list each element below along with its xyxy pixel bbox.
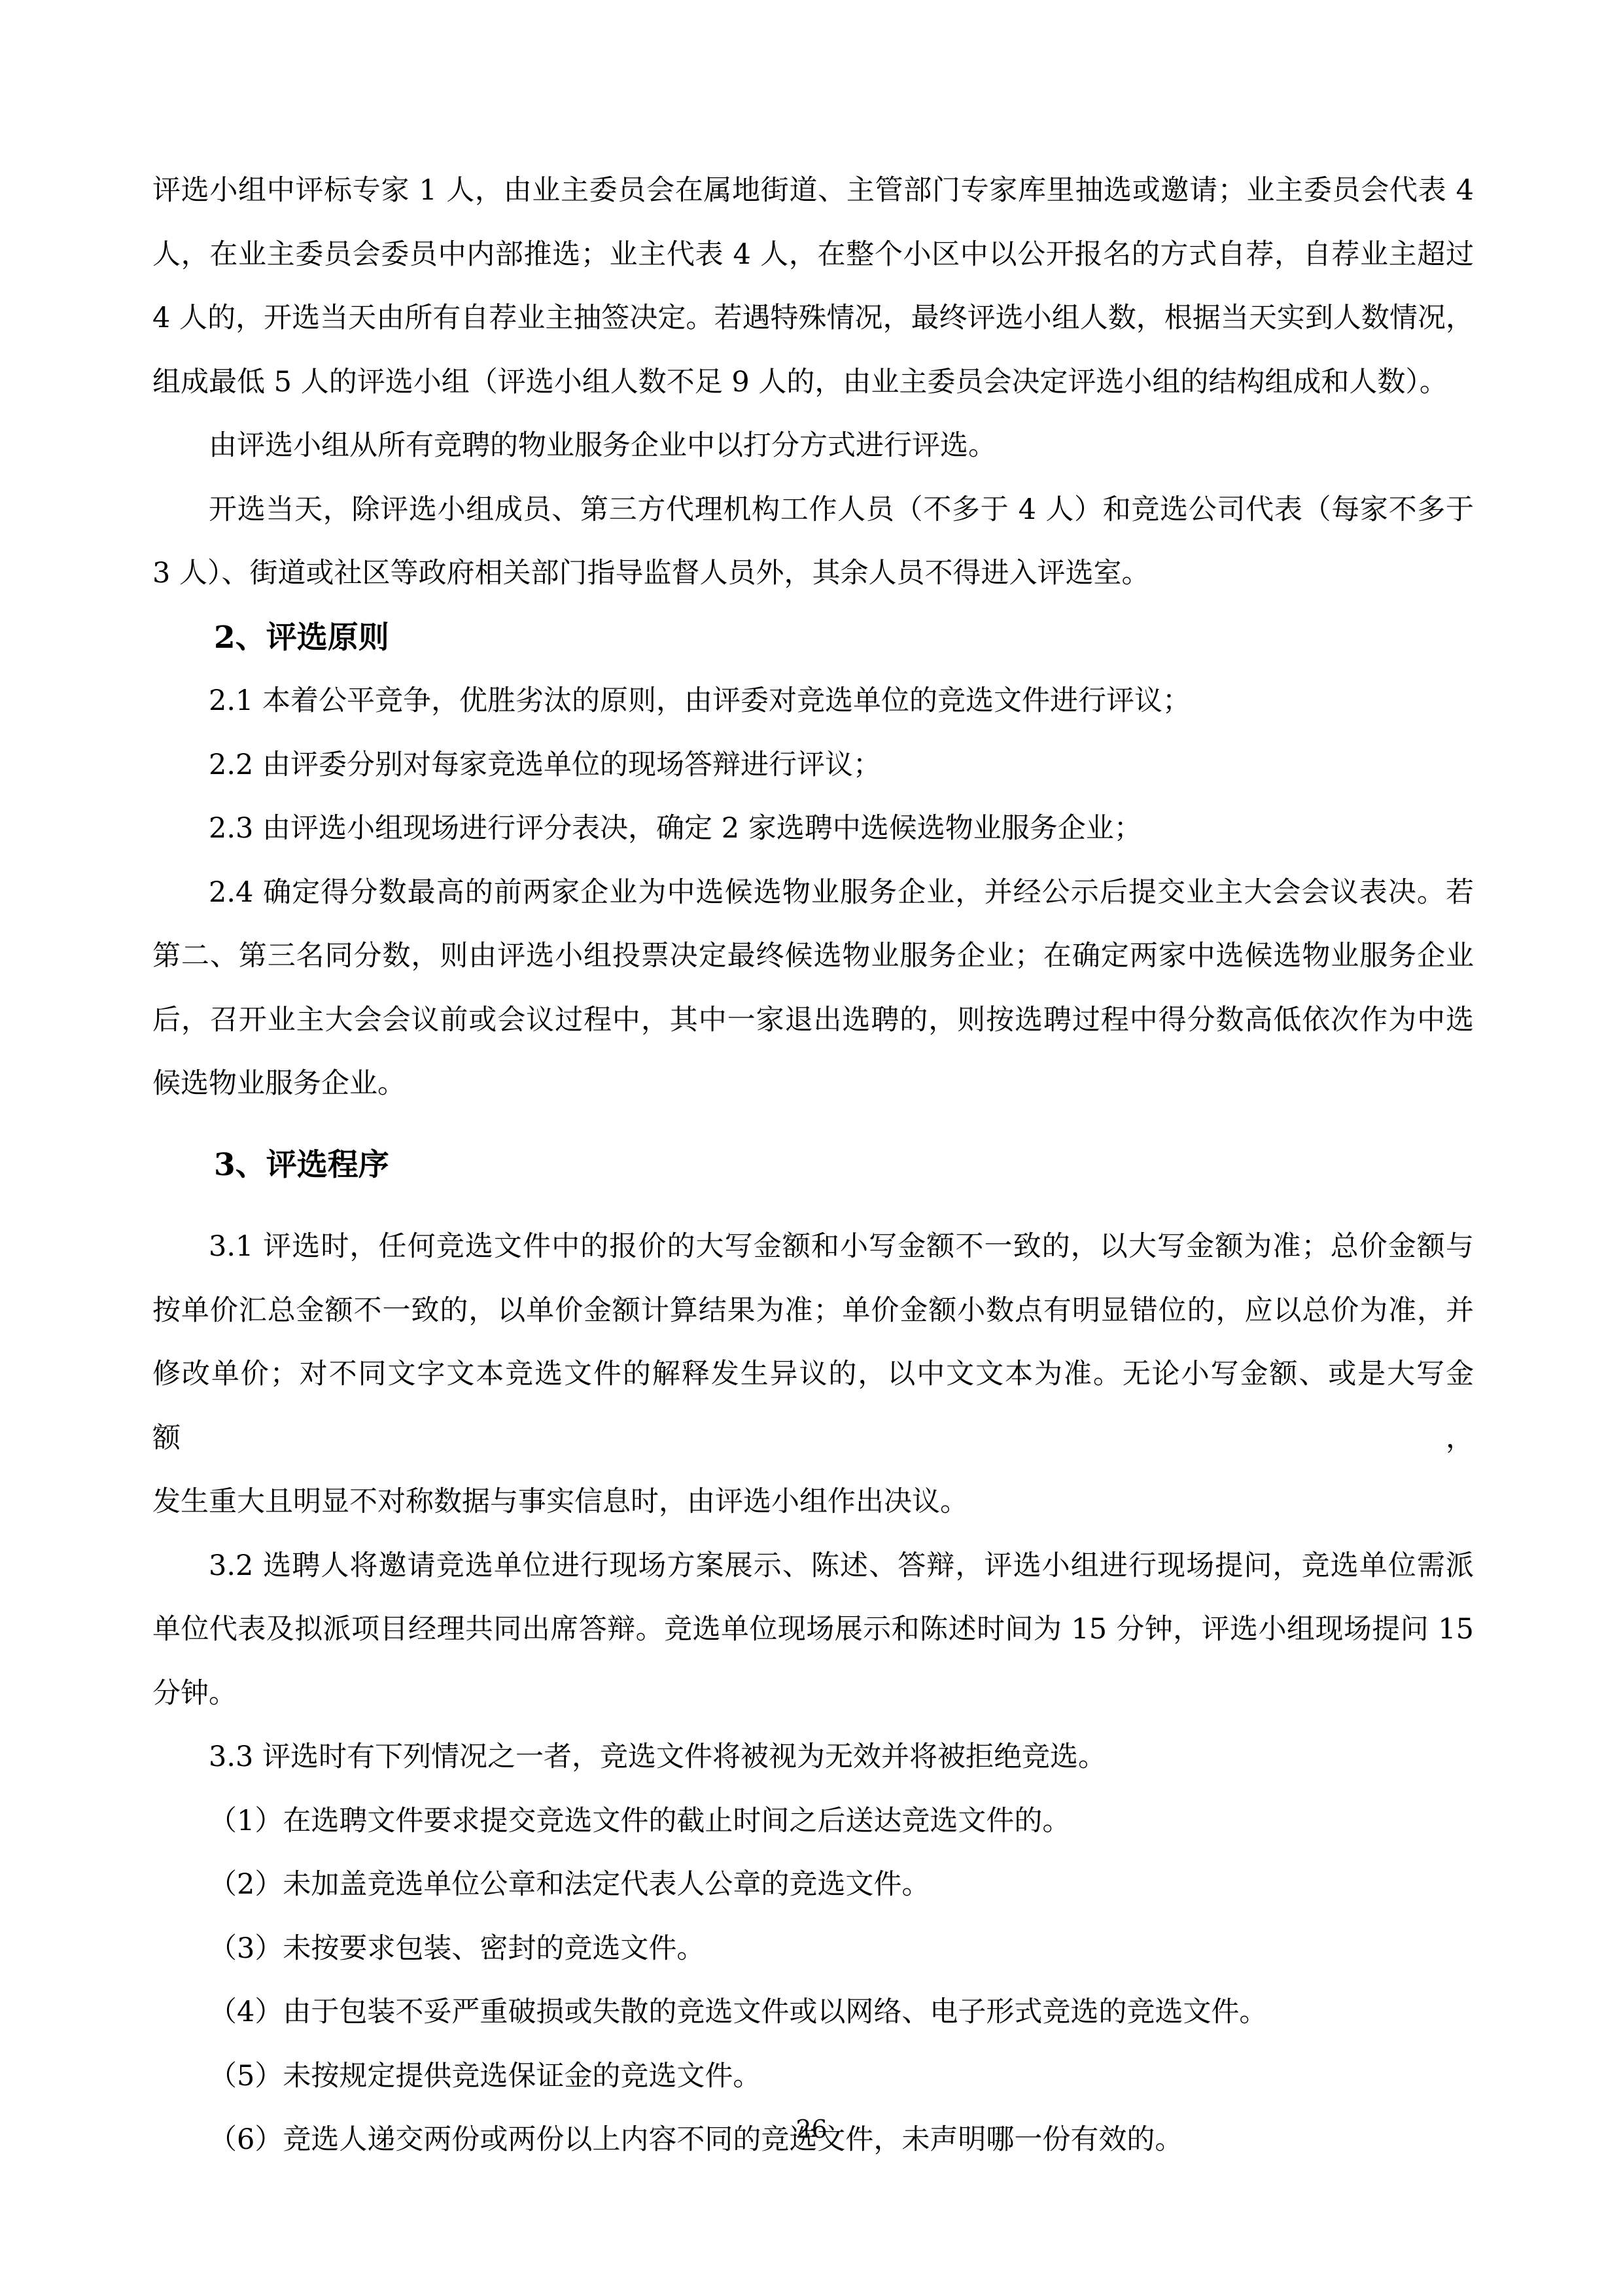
list-item-line: （1）在选聘文件要求提交竞选文件的截止时间之后送达竞选文件的。 [152,1790,1474,1854]
body-line: 单位代表及拟派项目经理共同出席答辩。竞选单位现场展示和陈述时间为 15 分钟，评… [152,1598,1474,1662]
body-line: 由评选小组从所有竞聘的物业服务企业中以打分方式进行评选。 [152,414,1474,478]
list-item-line: （2）未加盖竞选单位公章和法定代表人公章的竞选文件。 [152,1853,1474,1917]
body-line: 3 人）、街道或社区等政府相关部门指导监督人员外，其余人员不得进入评选室。 [152,542,1474,606]
body-line: 人，在业主委员会委员中内部推选；业主代表 4 人，在整个小区中以公开报名的方式自… [152,223,1474,287]
body-line: 修改单价；对不同文字文本竞选文件的解释发生异议的，以中文文本为准。无论小写金额、… [152,1343,1474,1470]
section-heading-3: 3、评选程序 [152,1133,1474,1197]
body-line: 发生重大且明显不对称数据与事实信息时，由评选小组作出决议。 [152,1470,1474,1534]
section-heading-2: 2、评选原则 [152,606,1474,670]
document-page: 评选小组中评标专家 1 人，由业主委员会在属地街道、主管部门专家库里抽选或邀请；… [0,0,1623,2296]
body-line: 3.3 评选时有下列情况之一者，竞选文件将被视为无效并将被拒绝竞选。 [152,1725,1474,1790]
document-body: 评选小组中评标专家 1 人，由业主委员会在属地街道、主管部门专家库里抽选或邀请；… [152,159,1474,2172]
body-line: 2.1 本着公平竞争，优胜劣汰的原则，由评委对竞选单位的竞选文件进行评议； [152,669,1474,733]
list-item-line: （5）未按规定提供竞选保证金的竞选文件。 [152,2045,1474,2109]
body-line: 评选小组中评标专家 1 人，由业主委员会在属地街道、主管部门专家库里抽选或邀请；… [152,159,1474,223]
body-line: 2.3 由评选小组现场进行评分表决，确定 2 家选聘中选候选物业服务企业； [152,797,1474,861]
body-line: 2.2 由评委分别对每家竞选单位的现场答辩进行评议； [152,733,1474,798]
body-line: 按单价汇总金额不一致的，以单价金额计算结果为准；单价金额小数点有明显错位的，应以… [152,1279,1474,1343]
body-line: 后，召开业主大会会议前或会议过程中，其中一家退出选聘的，则按选聘过程中得分数高低… [152,989,1474,1053]
body-line: 2.4 确定得分数最高的前两家企业为中选候选物业服务企业，并经公示后提交业主大会… [152,861,1474,925]
body-line: 第二、第三名同分数，则由评选小组投票决定最终候选物业服务企业；在确定两家中选候选… [152,925,1474,989]
body-line: 3.1 评选时，任何竞选文件中的报价的大写金额和小写金额不一致的，以大写金额为准… [152,1215,1474,1279]
body-line: 分钟。 [152,1662,1474,1726]
body-line: 候选物业服务企业。 [152,1052,1474,1116]
body-line: 3.2 选聘人将邀请竞选单位进行现场方案展示、陈述、答辩，评选小组进行现场提问，… [152,1534,1474,1598]
list-item-line: （3）未按要求包装、密封的竞选文件。 [152,1917,1474,1981]
body-line: 组成最低 5 人的评选小组（评选小组人数不足 9 人的，由业主委员会决定评选小组… [152,351,1474,415]
body-line: 开选当天，除评选小组成员、第三方代理机构工作人员（不多于 4 人）和竞选公司代表… [152,478,1474,542]
page-number: 26 [0,2115,1623,2144]
list-item-line: （4）由于包装不妥严重破损或失散的竞选文件或以网络、电子形式竞选的竞选文件。 [152,1981,1474,2045]
body-line: 4 人的，开选当天由所有自荐业主抽签决定。若遇特殊情况，最终评选小组人数，根据当… [152,287,1474,351]
